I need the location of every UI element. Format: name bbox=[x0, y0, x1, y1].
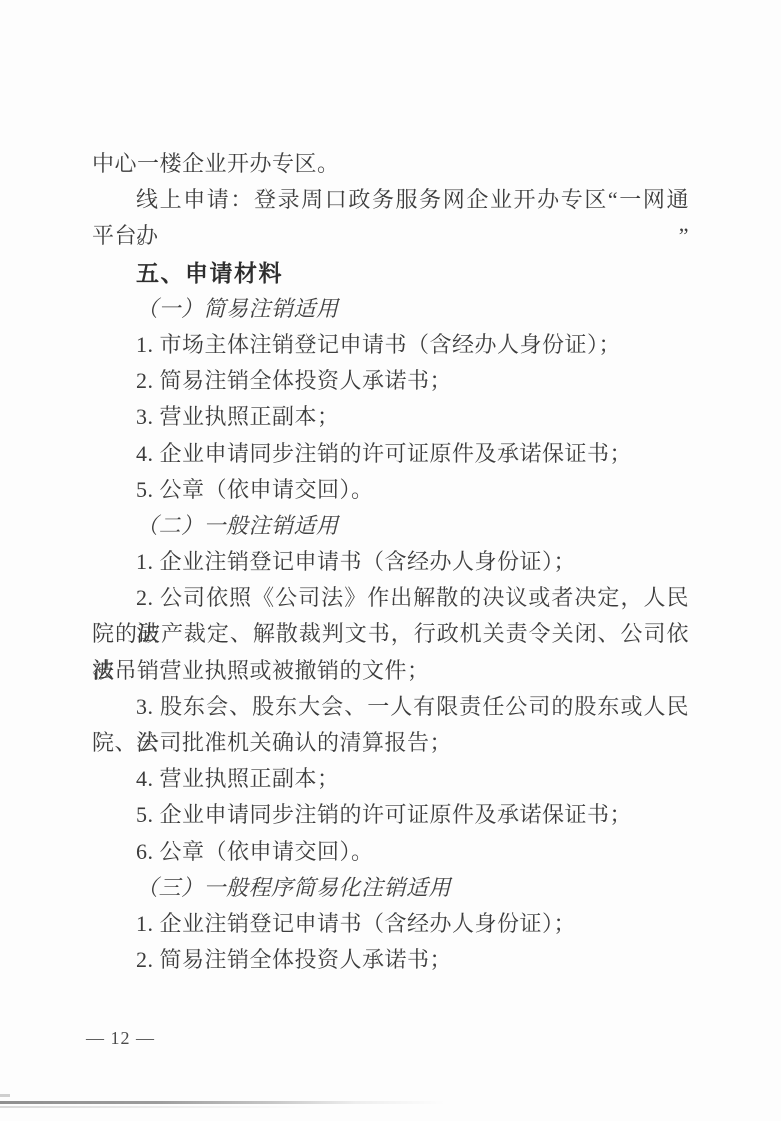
list-item-line: 6. 公章（依申请交回）。 bbox=[92, 834, 689, 870]
list-item-line: 5. 企业申请同步注销的许可证原件及承诺保证书； bbox=[92, 797, 689, 833]
subsection-heading: （一）简易注销适用 bbox=[92, 291, 689, 327]
document-body: 中心一楼企业开办专区。 线上申请：登录周口政务服务网企业开办专区“一网通办” 平… bbox=[92, 146, 689, 978]
body-line: 中心一楼企业开办专区。 bbox=[92, 146, 689, 182]
list-item-line: 3. 营业执照正副本； bbox=[92, 399, 689, 435]
document-page: 中心一楼企业开办专区。 线上申请：登录周口政务服务网企业开办专区“一网通办” 平… bbox=[0, 0, 781, 1121]
list-item-line: 2. 简易注销全体投资人承诺书； bbox=[92, 942, 689, 978]
list-item-line: 5. 公章（依申请交回）。 bbox=[92, 472, 689, 508]
body-line: 院的破产裁定、解散裁判文书，行政机关责令关闭、公司依法 bbox=[92, 616, 689, 652]
subsection-heading: （三）一般程序简易化注销适用 bbox=[92, 870, 689, 906]
section-heading: 五、申请材料 bbox=[92, 255, 689, 291]
list-item-line: 2. 简易注销全体投资人承诺书； bbox=[92, 363, 689, 399]
list-item-line: 3. 股东会、股东大会、一人有限责任公司的股东或人民法 bbox=[92, 689, 689, 725]
body-line: 院、公司批准机关确认的清算报告； bbox=[92, 725, 689, 761]
scan-edge-artifact bbox=[0, 1094, 10, 1097]
list-item-line: 1. 企业注销登记申请书（含经办人身份证）； bbox=[92, 544, 689, 580]
scan-shadow-line bbox=[0, 1101, 445, 1104]
body-line: 被吊销营业执照或被撤销的文件； bbox=[92, 653, 689, 689]
list-item-line: 1. 企业注销登记申请书（含经办人身份证）； bbox=[92, 906, 689, 942]
page-number: — 12 — bbox=[86, 1026, 155, 1050]
subsection-heading: （二）一般注销适用 bbox=[92, 508, 689, 544]
scan-shadow-line-faint bbox=[0, 1106, 310, 1108]
list-item-line: 4. 营业执照正副本； bbox=[92, 761, 689, 797]
body-line: 线上申请：登录周口政务服务网企业开办专区“一网通办” bbox=[92, 182, 689, 218]
list-item-line: 2. 公司依照《公司法》作出解散的决议或者决定，人民法 bbox=[92, 580, 689, 616]
list-item-line: 1. 市场主体注销登记申请书（含经办人身份证）； bbox=[92, 327, 689, 363]
list-item-line: 4. 企业申请同步注销的许可证原件及承诺保证书； bbox=[92, 436, 689, 472]
